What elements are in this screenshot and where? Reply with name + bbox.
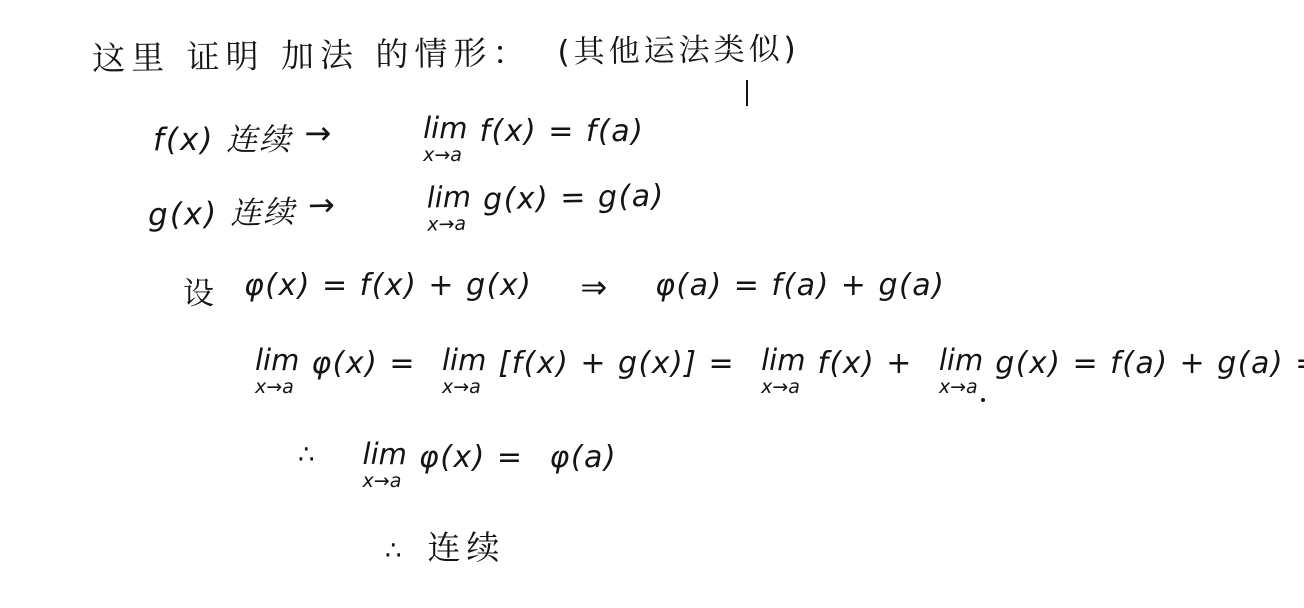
lim-word: lim: [423, 114, 467, 143]
lim-word: lim: [939, 346, 983, 375]
right-arrow-icon: →: [304, 114, 331, 152]
derivation-seg-result: g(x) = f(a) + g(a) = φ(a): [995, 346, 1304, 381]
limit-notation: lim x→a: [939, 346, 983, 397]
f-continuity-line: f(x) 连续 → lim x→a f(x) = f(a): [153, 114, 644, 165]
lim-word: lim: [255, 346, 299, 375]
let-word: 设: [183, 268, 218, 313]
lim-subscript: x→a: [761, 378, 800, 397]
continuous-text: 连续: [428, 522, 506, 569]
lim-subscript: x→a: [423, 146, 462, 165]
therefore-symbol: ∴: [298, 440, 315, 470]
limit-notation: lim x→a: [255, 346, 299, 397]
lim-subscript: x→a: [255, 378, 294, 397]
header-line: 这里 证明 加法 的情形： (其他运法类似): [92, 23, 800, 80]
limit-notation: lim x→a: [442, 346, 486, 397]
handwritten-note-canvas: 这里 证明 加法 的情形： (其他运法类似) f(x) 连续 → lim x→a…: [0, 0, 1304, 608]
g-limit-equation: g(x) = g(a): [483, 179, 665, 218]
header-aside: (其他运法类似): [557, 23, 800, 71]
therefore-symbol: ∴: [385, 536, 402, 566]
limit-notation: lim x→a: [761, 346, 805, 397]
lim-subscript: x→a: [427, 215, 466, 235]
lim-word: lim: [442, 346, 486, 375]
conclusion-rhs: φ(a): [550, 440, 618, 475]
f-premise: f(x) 连续: [153, 114, 292, 159]
lim-subscript: x→a: [363, 472, 402, 491]
limit-notation: lim x→a: [426, 183, 471, 235]
lim-subscript: x→a: [939, 378, 978, 397]
derivation-seg-f: f(x) +: [817, 346, 912, 381]
final-statement-line: ∴ 连续: [385, 522, 506, 569]
lim-word: lim: [761, 346, 805, 375]
phi-definition-line: 设 φ(x) = f(x) + g(x) ⇒ φ(a) = f(a) + g(a…: [183, 268, 945, 313]
pen-mark-dot: [981, 398, 985, 402]
derivation-seg-bracket: [f(x) + g(x)] =: [498, 346, 735, 381]
pen-mark-vertical: [746, 80, 748, 106]
g-premise: g(x) 连续: [148, 186, 297, 234]
phi-definition: φ(x) = f(x) + g(x): [244, 268, 532, 303]
limit-notation: lim x→a: [423, 114, 467, 165]
lim-subscript: x→a: [442, 378, 481, 397]
conclusion-equation: φ(x) =: [419, 440, 524, 475]
f-limit-equation: f(x) = f(a): [480, 114, 645, 149]
g-continuity-line: g(x) 连续 → lim x→a g(x) = g(a): [148, 179, 666, 241]
phi-at-a: φ(a) = f(a) + g(a): [655, 268, 945, 303]
limit-derivation-line: lim x→a φ(x) = lim x→a [f(x) + g(x)] = l…: [255, 346, 1304, 397]
header-text: 这里 证明 加法 的情形：: [92, 27, 532, 80]
lim-word: lim: [426, 183, 471, 213]
lim-word: lim: [363, 440, 407, 469]
implies-arrow-icon: ⇒: [580, 268, 607, 306]
conclusion-line: ∴ lim x→a φ(x) = φ(a): [298, 440, 617, 491]
right-arrow-icon: →: [308, 186, 336, 225]
derivation-seg-phi: φ(x) =: [311, 346, 416, 381]
limit-notation: lim x→a: [363, 440, 407, 491]
